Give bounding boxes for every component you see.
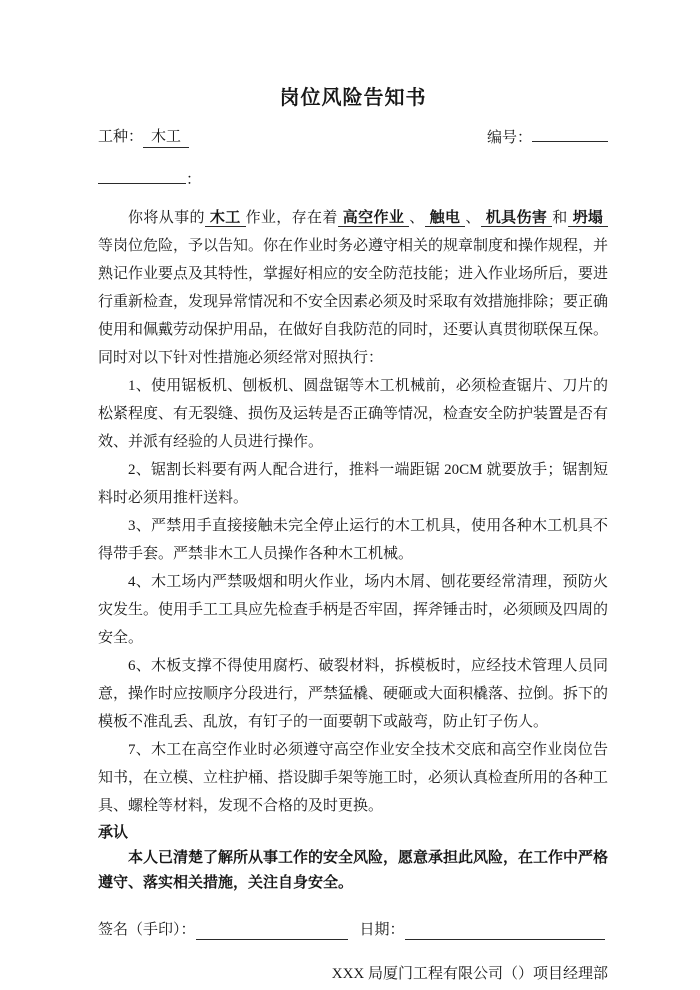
intro-paragraph: 你将从事的木工作业，存在着高空作业、触电、机具伤害和坍塌等岗位危险，予以告知。你… <box>98 204 608 372</box>
risk-item-2: 2、锯割长料要有两人配合进行，推料一端距锯 20CM 就要放手；锯割短料时必须用… <box>98 456 608 512</box>
acknowledgment-heading: 承认 <box>98 820 608 846</box>
company-footer: XXX 局厦门工程有限公司（）项目经理部 <box>98 962 608 986</box>
signature-blank <box>196 924 348 940</box>
intro-text-segment: 、 <box>465 210 480 226</box>
addressee-colon: ： <box>186 172 201 188</box>
trade-value-blank: 木工 <box>143 127 189 148</box>
trade-label: 工种： <box>98 129 143 145</box>
hazard-term-machine-injury: 机具伤害 <box>481 210 552 227</box>
date-label: 日期： <box>360 920 405 940</box>
hazard-term-trade: 木工 <box>205 210 246 227</box>
signature-label: 签名（手印）： <box>98 920 196 940</box>
meta-row: 工种：木工 编号： <box>98 126 608 148</box>
acknowledgment-body: 本人已清楚了解所从事工作的安全风险，愿意承担此风险，在工作中严格遵守、落实相关措… <box>98 846 608 896</box>
risk-item-6: 6、木板支撑不得使用腐朽、破裂材料，拆模板时，应经技术管理人员同意，操作时应按顺… <box>98 652 608 736</box>
number-label: 编号： <box>487 130 532 146</box>
risk-item-3: 3、严禁用手直接接触未完全停止运行的木工机具，使用各种木工机具不得带手套。严禁非… <box>98 512 608 568</box>
number-value-blank <box>532 126 608 142</box>
intro-text-segment: 你将从事的 <box>128 210 205 226</box>
number-field: 编号： <box>487 126 608 148</box>
risk-item-7: 7、木工在高空作业时必须遵守高空作业安全技术交底和高空作业岗位告知书，在立模、立… <box>98 736 608 820</box>
intro-text-segment: 、 <box>409 210 424 226</box>
signature-row: 签名（手印）：日期： <box>98 920 608 940</box>
intro-text-segment: 等岗位危险，予以告知。你在作业时务必遵守相关的规章制度和操作规程，并熟记作业要点… <box>98 238 608 366</box>
hazard-term-collapse: 坍塌 <box>568 210 608 227</box>
trade-field: 工种：木工 <box>98 127 189 148</box>
risk-item-1: 1、使用锯板机、刨板机、圆盘锯等木工机械前，必须检查锯片、刀片的松紧程度、有无裂… <box>98 372 608 456</box>
date-blank <box>405 924 605 940</box>
risk-item-4: 4、木工场内严禁吸烟和明火作业，场内木屑、刨花要经常清理，预防火灾发生。使用手工… <box>98 568 608 652</box>
addressee-blank <box>98 168 186 184</box>
hazard-term-falling-work: 高空作业 <box>338 210 409 227</box>
document-page: 岗位风险告知书 工种：木工 编号： ： 你将从事的木工作业，存在着高空作业、触电… <box>0 0 700 990</box>
intro-text-segment: 和 <box>552 210 567 226</box>
addressee-line: ： <box>98 168 608 190</box>
hazard-term-electric-shock: 触电 <box>425 210 466 227</box>
document-title: 岗位风险告知书 <box>98 86 608 110</box>
intro-text-segment: 作业，存在着 <box>246 210 338 226</box>
